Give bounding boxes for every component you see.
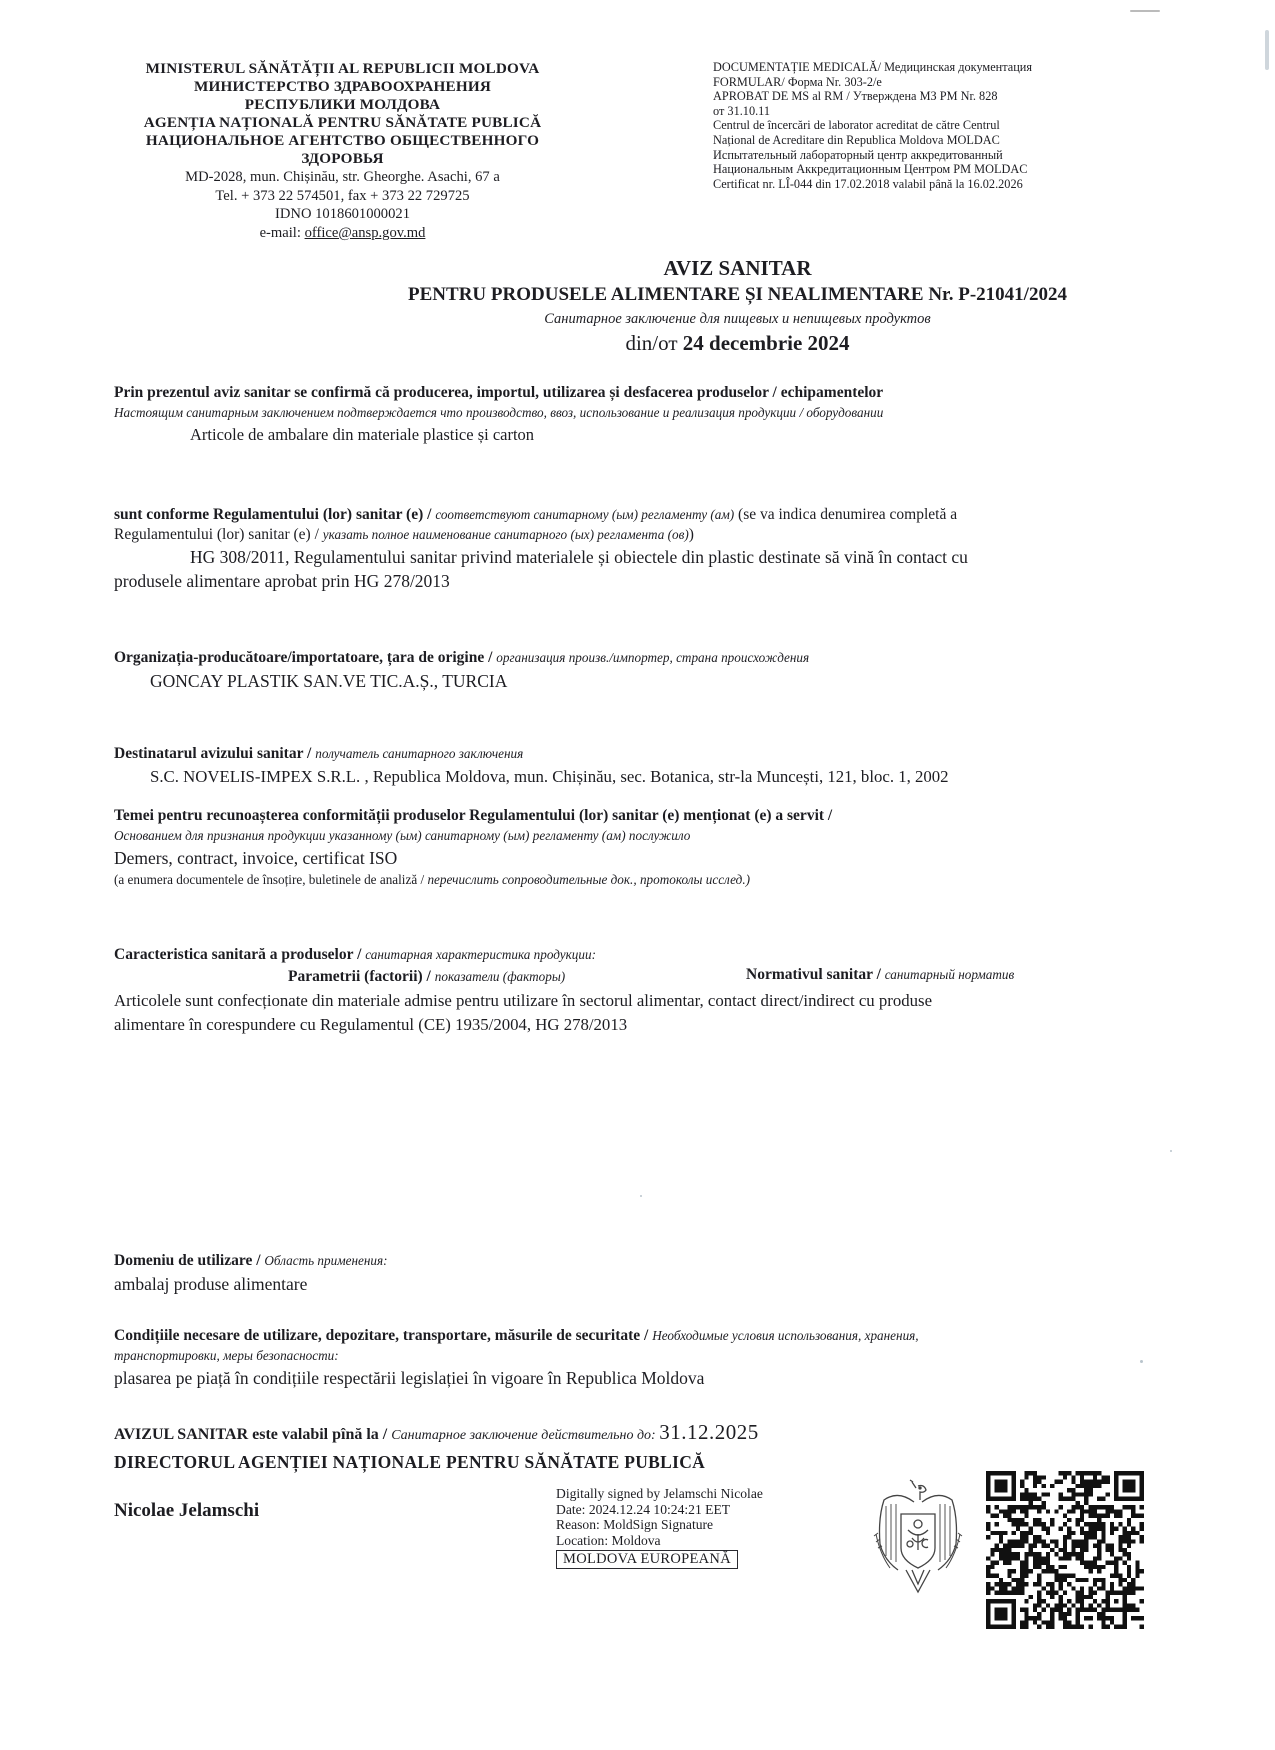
scan-artifact [1265, 30, 1269, 70]
products-label-ru: Настоящим санитарным заключением подтвер… [114, 403, 1159, 423]
producer-section: Organizația-producătoare/importatoare, ț… [114, 647, 1159, 693]
products-value: Articole de ambalare din materiale plast… [114, 423, 1159, 447]
document-number: PENTRU PRODUSELE ALIMENTARE ȘI NEALIMENT… [200, 281, 1275, 309]
validity-label-ru: Санитарное заключение действительно до: [391, 1428, 659, 1443]
form-meta-line: Centrul de încercări de laborator acredi… [713, 118, 1173, 133]
form-meta-line: DOCUMENTAȚIE MEDICALĂ/ Медицинская докум… [713, 60, 1173, 75]
form-meta-line: APROBAT DE MS al RM / Утверждена МЗ РМ N… [713, 89, 1173, 104]
usage-domain-section: Domeniu de utilizare / Область применени… [114, 1250, 1159, 1296]
products-label: Prin prezentul aviz sanitar se confirmă … [114, 383, 1159, 403]
basis-note: (a enumera documentele de însoțire, bule… [114, 872, 427, 887]
director-name: Nicolae Jelamschi [114, 1500, 259, 1522]
characteristics-label-ru: санитарная характеристика продукции: [365, 947, 596, 962]
qr-code-icon[interactable] [986, 1471, 1144, 1629]
agency-name-ru-1: НАЦИОНАЛЬНОЕ АГЕНТСТВО ОБЩЕСТВЕННОГО [110, 132, 575, 150]
characteristics-value-2: alimentare în corespundere cu Regulament… [114, 1013, 1159, 1037]
producer-label-ru: организация произв./импортер, страна про… [496, 650, 809, 665]
agency-name-ro: AGENȚIA NAȚIONALĂ PENTRU SĂNĂTATE PUBLIC… [110, 114, 575, 132]
form-meta-line: FORMULAR/ Форма Nr. 303-2/e [713, 75, 1173, 90]
signed-by: Digitally signed by Jelamschi Nicolae [556, 1486, 763, 1502]
conditions-label: Condițiile necesare de utilizare, depozi… [114, 1327, 652, 1344]
email-label: e-mail: [260, 225, 305, 241]
issuer-header: MINISTERUL SĂNĂTĂȚII AL REPUBLICII MOLDO… [110, 60, 575, 242]
scan-artifact [1130, 10, 1160, 12]
validity-section: AVIZUL SANITAR este valabil pînă la / Са… [114, 1420, 1159, 1445]
form-meta-line: от 31.10.11 [713, 104, 1173, 119]
regulation-label-ru: соответствуют санитарному (ым) регламент… [435, 507, 734, 522]
director-title: DIRECTORUL AGENȚIEI NAȚIONALE PENTRU SĂN… [114, 1452, 1159, 1473]
regulation-value-2: produsele alimentare aprobat prin HG 278… [114, 569, 1159, 593]
ministry-name-ro: MINISTERUL SĂNĂTĂȚII AL REPUBLICII MOLDO… [110, 60, 575, 78]
conditions-section: Condițiile necesare de utilizare, depozi… [114, 1326, 1159, 1390]
conditions-value: plasarea pe piață în condițiile respectă… [114, 1366, 1159, 1390]
recipient-section: Destinatarul avizului sanitar / получате… [114, 743, 1159, 789]
regulation-value-1: HG 308/2011, Regulamentului sanitar priv… [114, 545, 1159, 569]
digital-signature-block: Digitally signed by Jelamschi Nicolae Da… [556, 1486, 763, 1569]
validity-label: AVIZUL SANITAR este valabil pînă la / [114, 1426, 391, 1443]
validity-date: 31.12.2025 [659, 1420, 759, 1444]
issuer-idno: IDNO 1018601000021 [110, 205, 575, 224]
basis-section: Temei pentru recunoașterea conformității… [114, 806, 1159, 890]
scan-artifact [1140, 1360, 1143, 1363]
issuer-email-line: e-mail: office@ansp.gov.md [110, 224, 575, 243]
conditions-label-ru: Необходимые условия использования, хране… [652, 1328, 918, 1343]
moldova-coat-of-arms-icon [868, 1478, 968, 1598]
scan-artifact [1170, 1150, 1172, 1152]
parameters-label-ru: показатели (факторы) [435, 969, 565, 984]
characteristics-label: Caracteristica sanitară a produselor / [114, 946, 365, 963]
signature-stamp: MOLDOVA EUROPEANĂ [556, 1550, 738, 1569]
form-meta-line: Испытательный лабораторный центр аккреди… [713, 148, 1173, 163]
characteristics-section: Caracteristica sanitară a produselor / с… [114, 945, 1159, 1037]
regulation-note-ru: указать полное наименование санитарного … [323, 527, 689, 542]
parameters-label: Parametrii (factorii) / [288, 968, 435, 985]
norm-label-ru: санитарный норматив [885, 967, 1014, 982]
document-title: AVIZ SANITAR [200, 255, 1275, 281]
conditions-label-ru-2: транспортировки, меры безопасности: [114, 1346, 1159, 1366]
form-meta-line: Национальным Аккредитационным Центром РМ… [713, 162, 1173, 177]
email-link[interactable]: office@ansp.gov.md [305, 225, 426, 241]
basis-label-ru: Основанием для признания продукции указа… [114, 826, 1159, 846]
director-title-text: DIRECTORUL AGENȚIEI NAȚIONALE PENTRU SĂN… [114, 1452, 705, 1472]
signature-date: Date: 2024.12.24 10:24:21 EET [556, 1502, 763, 1518]
basis-note-ru: перечислить сопроводительные док., прото… [427, 872, 750, 887]
regulation-note-end: ) [689, 526, 694, 543]
issue-date: 24 decembrie 2024 [683, 331, 850, 355]
regulation-section: sunt conforme Regulamentului (lor) sanit… [114, 505, 1159, 593]
scan-artifact [640, 1195, 642, 1197]
basis-value: Demers, contract, invoice, certificat IS… [114, 846, 1159, 870]
document-date: din/от 24 decembrie 2024 [200, 329, 1275, 357]
signature-location: Location: Moldova [556, 1533, 763, 1549]
recipient-label: Destinatarul avizului sanitar / [114, 745, 315, 762]
issuer-address: MD-2028, mun. Chișinău, str. Gheorghe. A… [110, 168, 575, 187]
form-meta-line: Certificat nr. LÎ-044 din 17.02.2018 val… [713, 177, 1173, 192]
regulation-note: (se va indica denumirea completă a [734, 506, 957, 523]
producer-value: GONCAY PLASTIK SAN.VE TIC.A.Ș., TURCIA [114, 669, 1159, 693]
document-title-ru: Санитарное заключение для пищевых и непи… [200, 309, 1275, 329]
form-metadata: DOCUMENTAȚIE MEDICALĂ/ Медицинская докум… [713, 60, 1173, 191]
form-meta-line: Național de Acreditare din Republica Mol… [713, 133, 1173, 148]
norm-label: Normativul sanitar / [746, 966, 885, 983]
issuer-phone: Tel. + 373 22 574501, fax + 373 22 72972… [110, 187, 575, 206]
regulation-note-2: Regulamentului (lor) sanitar (e) / [114, 526, 323, 543]
characteristics-value-1: Articolele sunt confecționate din materi… [114, 989, 1159, 1013]
producer-label: Organizația-producătoare/importatoare, ț… [114, 649, 496, 666]
usage-domain-value: ambalaj produse alimentare [114, 1272, 1159, 1296]
recipient-value: S.C. NOVELIS-IMPEX S.R.L. , Republica Mo… [114, 765, 1159, 789]
usage-domain-label: Domeniu de utilizare / [114, 1252, 264, 1269]
recipient-label-ru: получатель санитарного заключения [315, 746, 523, 761]
regulation-label: sunt conforme Regulamentului (lor) sanit… [114, 506, 435, 523]
signature-reason: Reason: MoldSign Signature [556, 1517, 763, 1533]
products-section: Prin prezentul aviz sanitar se confirmă … [114, 383, 1159, 447]
basis-label: Temei pentru recunoașterea conformității… [114, 806, 1159, 826]
ministry-name-ru-2: РЕСПУБЛИКИ МОЛДОВА [110, 96, 575, 114]
agency-name-ru-2: ЗДОРОВЬЯ [110, 150, 575, 168]
usage-domain-label-ru: Область применения: [264, 1253, 387, 1268]
ministry-name-ru-1: МИНИСТЕРСТВО ЗДРАВООХРАНЕНИЯ [110, 78, 575, 96]
document-title-block: AVIZ SANITAR PENTRU PRODUSELE ALIMENTARE… [0, 255, 1275, 357]
